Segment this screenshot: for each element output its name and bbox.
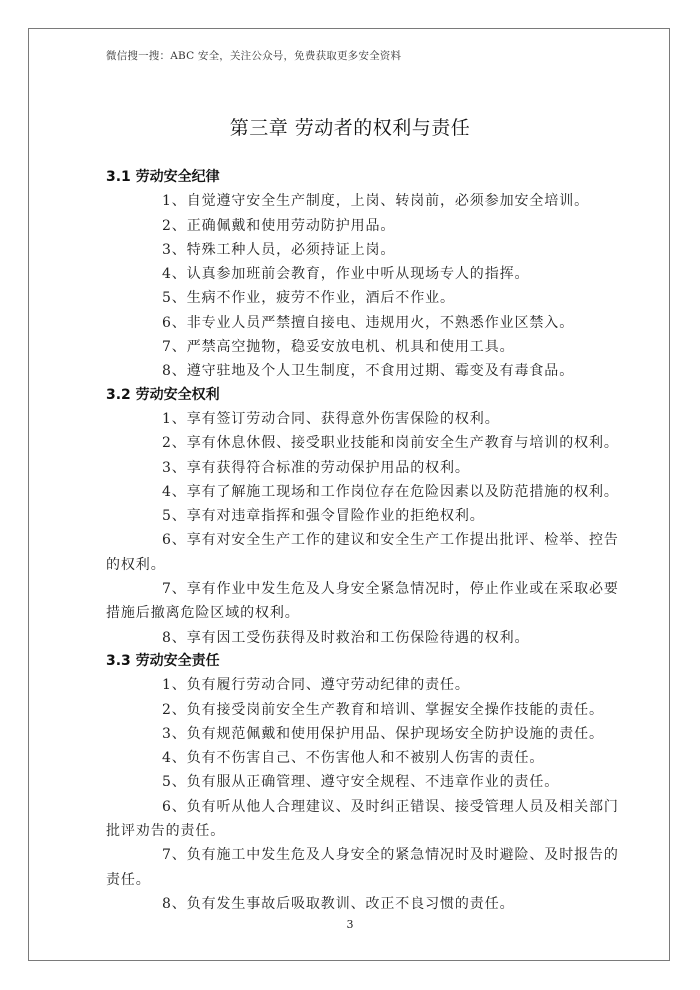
list-item: 5、生病不作业，疲劳不作业，酒后不作业。 — [106, 286, 630, 310]
list-item: 7、享有作业中发生危及人身安全紧急情况时，停止作业或在采取必要措施后撤离危险区域… — [106, 577, 630, 626]
section-3-1: 3.1 劳动安全纪律 1、自觉遵守安全生产制度，上岗、转岗前，必须参加安全培训。… — [106, 166, 630, 384]
list-item: 4、认真参加班前会教育，作业中听从现场专人的指挥。 — [106, 262, 630, 286]
chapter-title: 第三章 劳动者的权利与责任 — [0, 113, 700, 140]
list-item: 1、享有签订劳动合同、获得意外伤害保险的权利。 — [106, 407, 630, 431]
list-item: 5、享有对违章指挥和强令冒险作业的拒绝权利。 — [106, 504, 630, 528]
list-item: 8、享有因工受伤获得及时救治和工伤保险待遇的权利。 — [106, 626, 630, 650]
list-item: 3、负有规范佩戴和使用保护用品、保护现场安全防护设施的责任。 — [106, 722, 630, 746]
list-item: 3、享有获得符合标准的劳动保护用品的权利。 — [106, 456, 630, 480]
section-3-2: 3.2 劳动安全权利 1、享有签订劳动合同、获得意外伤害保险的权利。 2、享有休… — [106, 384, 630, 650]
list-item: 6、负有听从他人合理建议、及时纠正错误、接受管理人员及相关部门批评劝告的责任。 — [106, 795, 630, 844]
list-item: 1、自觉遵守安全生产制度，上岗、转岗前，必须参加安全培训。 — [106, 189, 630, 213]
list-item: 5、负有服从正确管理、遵守安全规程、不违章作业的责任。 — [106, 770, 630, 794]
list-item: 3、特殊工种人员，必须持证上岗。 — [106, 238, 630, 262]
list-item: 2、正确佩戴和使用劳动防护用品。 — [106, 214, 630, 238]
list-item: 6、享有对安全生产工作的建议和安全生产工作提出批评、检举、控告的权利。 — [106, 528, 630, 577]
list-item: 4、负有不伤害自己、不伤害他人和不被别人伤害的责任。 — [106, 746, 630, 770]
list-item: 2、负有接受岗前安全生产教育和培训、掌握安全操作技能的责任。 — [106, 698, 630, 722]
list-item: 7、负有施工中发生危及人身安全的紧急情况时及时避险、及时报告的责任。 — [106, 843, 630, 892]
list-item: 1、负有履行劳动合同、遵守劳动纪律的责任。 — [106, 673, 630, 697]
list-item: 7、严禁高空抛物，稳妥安放电机、机具和使用工具。 — [106, 335, 630, 359]
page-number: 3 — [0, 918, 700, 931]
document-body: 3.1 劳动安全纪律 1、自觉遵守安全生产制度，上岗、转岗前，必须参加安全培训。… — [106, 166, 630, 916]
section-heading: 3.2 劳动安全权利 — [106, 384, 630, 407]
list-item: 2、享有休息休假、接受职业技能和岗前安全生产教育与培训的权利。 — [106, 431, 630, 455]
section-heading: 3.1 劳动安全纪律 — [106, 166, 630, 189]
list-item: 8、负有发生事故后吸取教训、改正不良习惯的责任。 — [106, 892, 630, 916]
section-3-3: 3.3 劳动安全责任 1、负有履行劳动合同、遵守劳动纪律的责任。 2、负有接受岗… — [106, 650, 630, 916]
list-item: 6、非专业人员严禁擅自接电、违规用火，不熟悉作业区禁入。 — [106, 311, 630, 335]
header-note: 微信搜一搜：ABC 安全，关注公众号，免费获取更多安全资料 — [106, 48, 401, 63]
list-item: 4、享有了解施工现场和工作岗位存在危险因素以及防范措施的权利。 — [106, 480, 630, 504]
list-item: 8、遵守驻地及个人卫生制度，不食用过期、霉变及有毒食品。 — [106, 359, 630, 383]
section-heading: 3.3 劳动安全责任 — [106, 650, 630, 673]
